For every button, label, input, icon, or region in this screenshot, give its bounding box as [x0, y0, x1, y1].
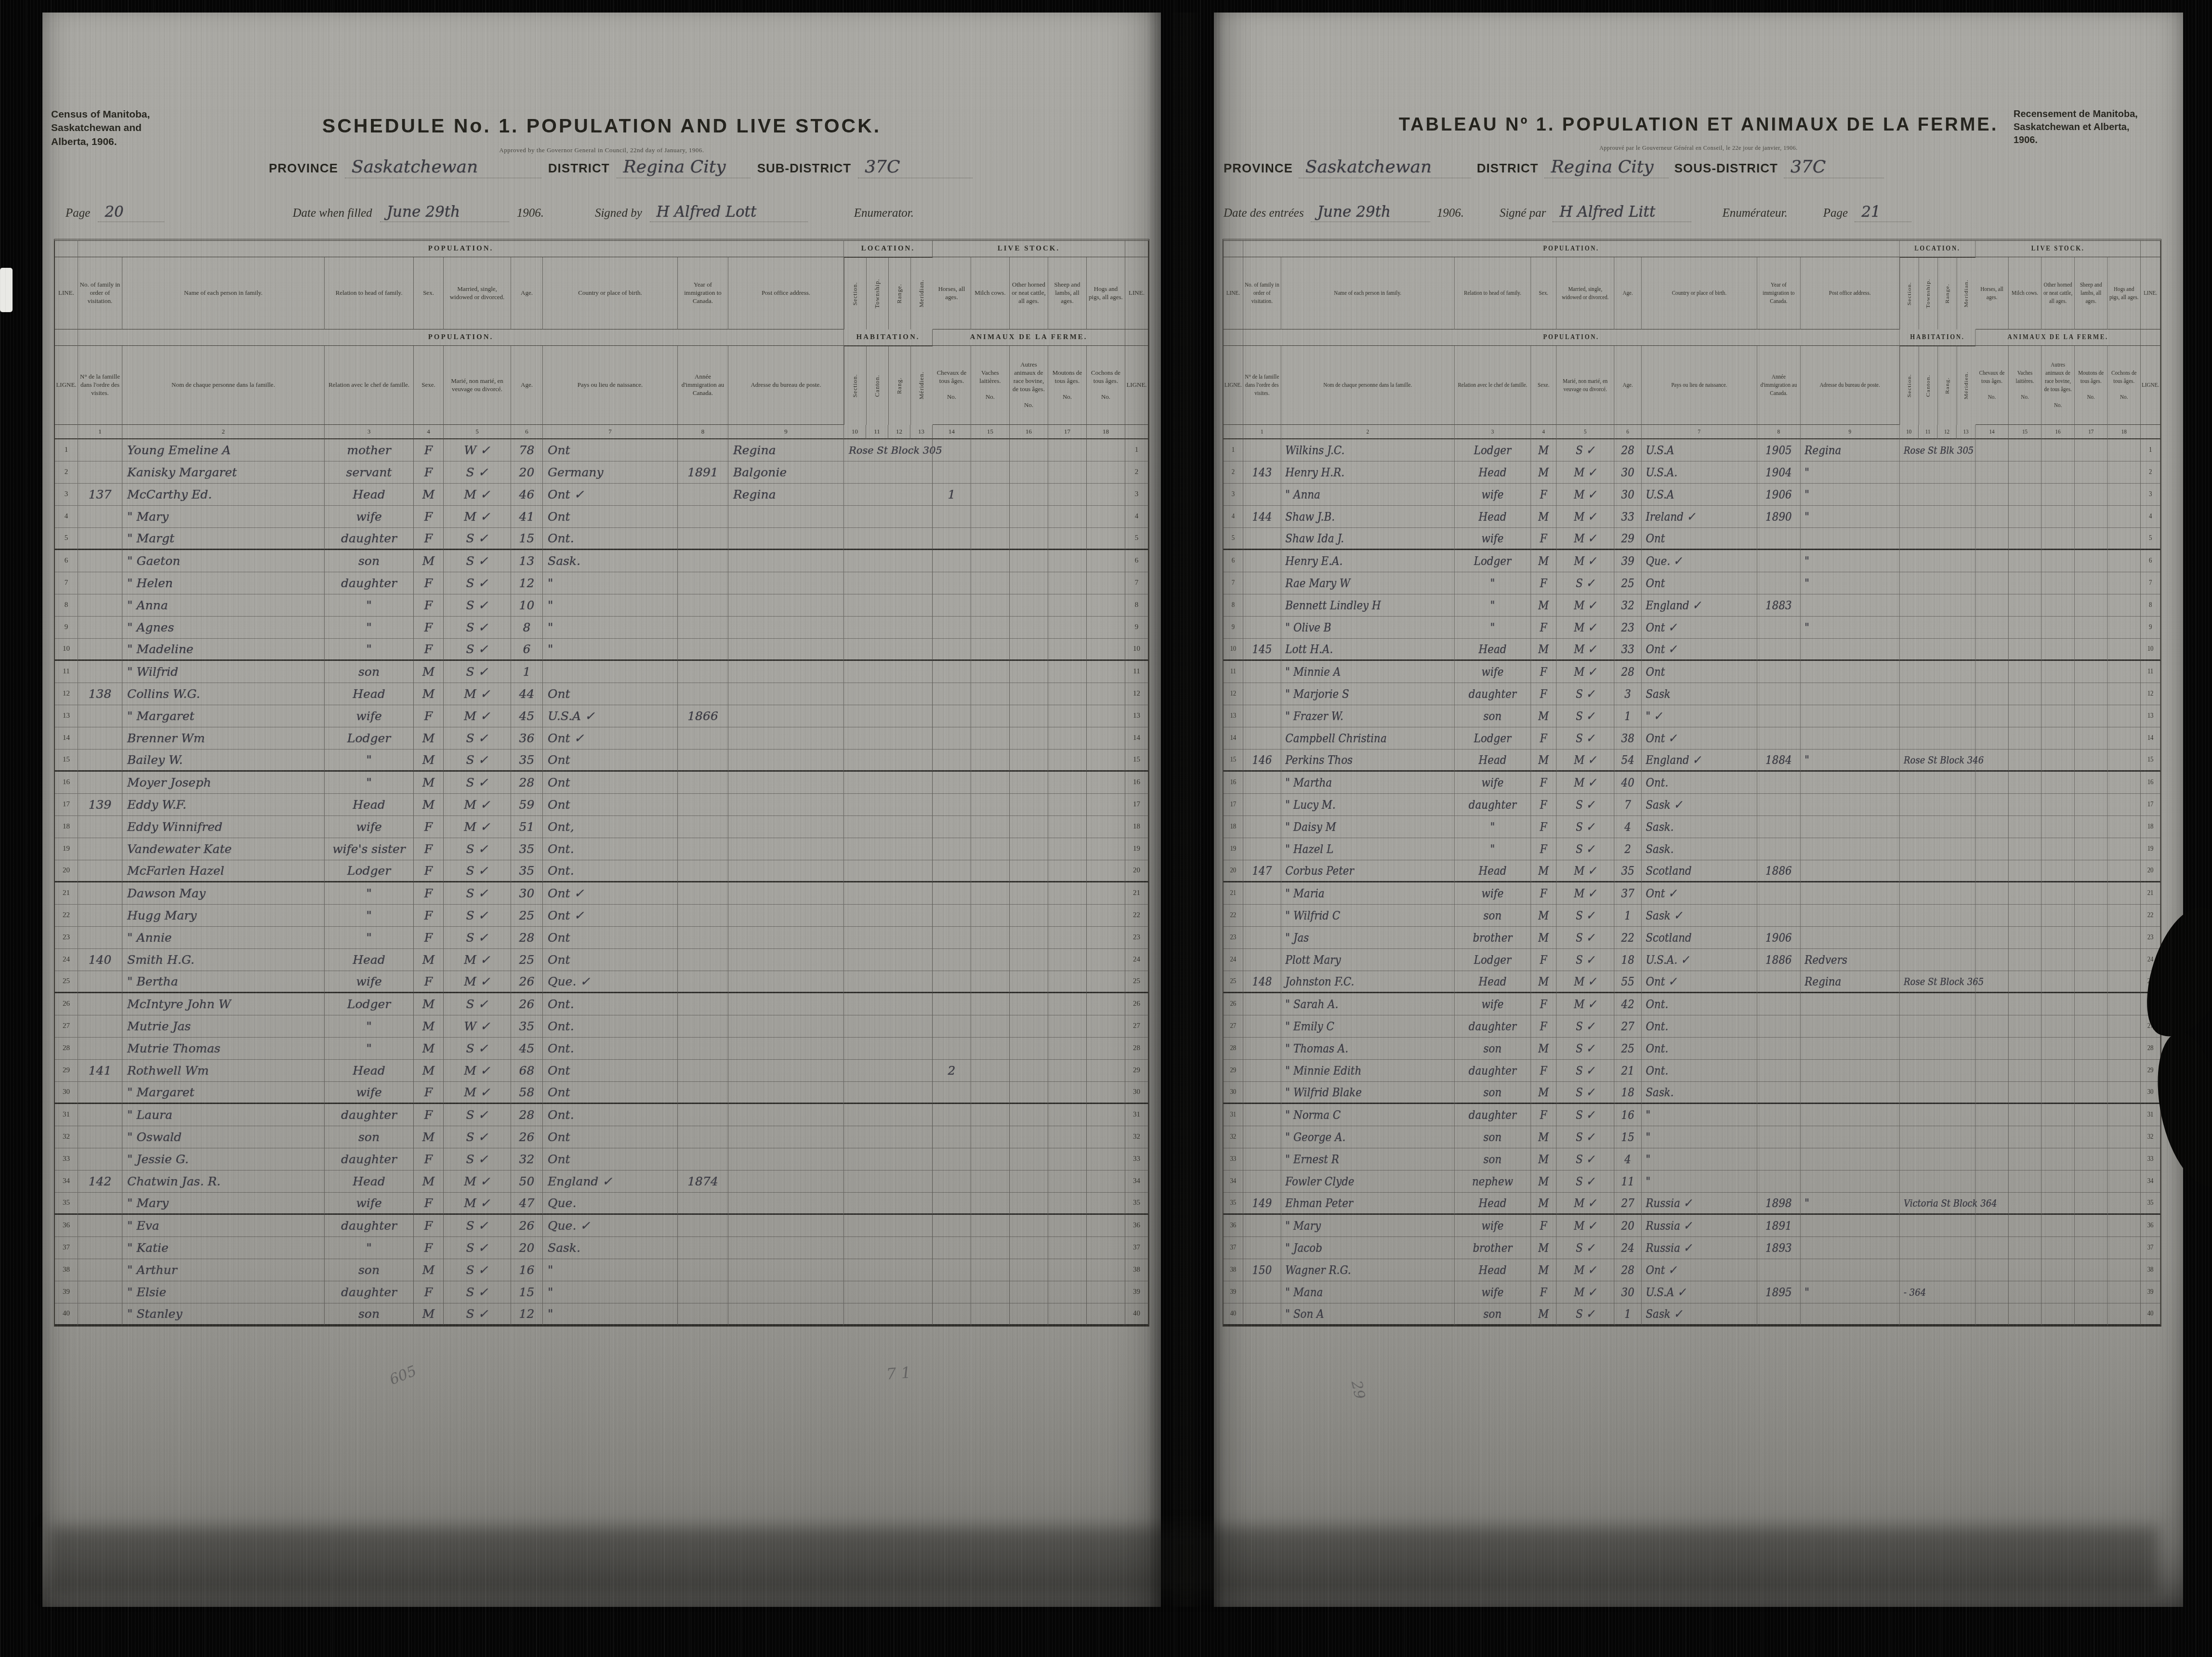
col-header-en-po: Post office address. [1801, 257, 1900, 329]
cell-family-no [78, 572, 122, 594]
cell-hogs [2107, 949, 2141, 971]
cell-birthplace: U.S.A ✓ [543, 705, 678, 727]
cell-address-note [844, 772, 933, 794]
cell-post-office [728, 1259, 844, 1281]
cell-other-cattle [2041, 594, 2075, 617]
cell-birthplace: " [543, 572, 678, 594]
line-number-right: 11 [2141, 661, 2160, 683]
cell-other-cattle [2041, 750, 2075, 772]
cell-address-note [1899, 816, 1975, 838]
cell-hogs [1087, 971, 1125, 993]
cell-post-office [728, 1082, 844, 1104]
cell-age: 28 [511, 772, 543, 794]
cell-relation: son [325, 661, 414, 683]
column-number: 15 [2009, 425, 2042, 439]
cell-sheep [2075, 816, 2108, 838]
cell-horses [1975, 617, 2009, 639]
cell-birthplace: Ont. [543, 860, 678, 882]
cell-relation: Lodger [325, 860, 414, 882]
cell-name: " Bertha [122, 971, 325, 993]
col-header-fr-line: LIGNE. [55, 346, 78, 425]
cell-birthplace: Ont [543, 683, 678, 705]
col-header-fr-rng: Rang. [1937, 346, 1956, 425]
cell-address-note [844, 860, 933, 882]
census-scan: Census of Manitoba, Saskatchewan and Alb… [0, 0, 2212, 1657]
cell-name: " George A. [1281, 1126, 1455, 1148]
date-line-right: Date des entrées June 29th 1906. Signé p… [1224, 203, 1911, 222]
cell-sheep [2075, 1015, 2108, 1038]
province-line-right: PROVINCE Saskatchewan DISTRICT Regina Ci… [1224, 157, 1884, 178]
cell-horses [1975, 727, 2009, 750]
cell-horses [1975, 927, 2009, 949]
col-header-en-po: Post office address. [728, 257, 844, 329]
cell-hogs [2107, 971, 2141, 993]
cell-hogs [2107, 617, 2141, 639]
line-number-right: 37 [2141, 1237, 2160, 1259]
cell-age: 28 [1614, 439, 1642, 461]
cell-post-office [728, 1015, 844, 1038]
cell-sex: M [1531, 860, 1556, 882]
cell-hogs [2107, 594, 2141, 617]
cell-other-cattle [2041, 905, 2075, 927]
cell-other-cattle [2041, 949, 2075, 971]
cell-immigration-year [678, 683, 728, 705]
line-number: 20 [1224, 860, 1243, 882]
cell-address-note [844, 1170, 933, 1193]
cell-post-office [728, 727, 844, 750]
cell-age: 1 [1614, 905, 1642, 927]
cell-immigration-year [678, 993, 728, 1015]
cell-marital: S ✓ [1556, 816, 1614, 838]
cell-immigration-year [1757, 1015, 1801, 1038]
col-header-en-sex: Sex. [1531, 257, 1556, 329]
cell-milch-cows [971, 1281, 1010, 1303]
cell-address-note [1899, 993, 1975, 1015]
cell-name: " Daisy M [1281, 816, 1455, 838]
cell-relation: Head [1455, 1193, 1531, 1215]
column-number: 2 [122, 425, 325, 439]
cell-age: 3 [1614, 683, 1642, 705]
cell-relation: wife [325, 816, 414, 838]
cell-milch-cows [971, 550, 1010, 572]
cell-post-office [1801, 1060, 1900, 1082]
cell-birthplace: Ont ✓ [1642, 882, 1757, 905]
line-number-right: 16 [1125, 772, 1148, 794]
line-number-right: 6 [2141, 550, 2160, 572]
cell-name: Mutrie Thomas [122, 1038, 325, 1060]
cell-sheep [2075, 1170, 2108, 1193]
cell-family-no [78, 617, 122, 639]
cell-sheep [1048, 1170, 1087, 1193]
approval-line-en: Approved by the Governor General in Coun… [42, 146, 1161, 154]
cell-relation: Head [1455, 461, 1531, 484]
cell-family-no [78, 971, 122, 993]
cell-relation: son [325, 1259, 414, 1281]
cell-sheep [1048, 1038, 1087, 1060]
cell-address-note [844, 794, 933, 816]
cell-family-no [1243, 683, 1281, 705]
cell-immigration-year: 1883 [1757, 594, 1801, 617]
cell-address-note [844, 816, 933, 838]
cell-horses [1975, 750, 2009, 772]
cell-sheep [1048, 439, 1087, 461]
line-number-right: 5 [1125, 528, 1148, 550]
cell-address-note [844, 461, 933, 484]
cell-sex: F [414, 705, 444, 727]
cell-age: 4 [1614, 816, 1642, 838]
cell-relation: " [325, 617, 414, 639]
cell-birthplace: Ont ✓ [543, 727, 678, 750]
cell-post-office [728, 550, 844, 572]
corner-blank [55, 241, 78, 257]
cell-address-note [844, 1148, 933, 1170]
col-header-fr-mer: Méridien. [1957, 346, 1975, 425]
cell-name: " Wilfrid C [1281, 905, 1455, 927]
cell-sheep [1048, 461, 1087, 484]
cell-family-no [1243, 1237, 1281, 1259]
cell-age: 30 [1614, 484, 1642, 506]
cell-milch-cows [971, 905, 1010, 927]
cell-birthplace: Russia ✓ [1642, 1215, 1757, 1237]
cell-name: " Margaret [122, 705, 325, 727]
cell-immigration-year [1757, 661, 1801, 683]
cell-name: " Wilfrid Blake [1281, 1082, 1455, 1104]
cell-post-office [728, 1060, 844, 1082]
cell-horses [1975, 905, 2009, 927]
group-population-fr: POPULATION. [1243, 329, 1900, 346]
cell-age: 35 [511, 838, 543, 860]
line-number: 20 [55, 860, 78, 882]
cell-horses [933, 639, 971, 661]
cell-age: 1 [1614, 705, 1642, 727]
cell-other-cattle [1010, 971, 1048, 993]
province-line-left: PROVINCE Saskatchewan DISTRICT Regina Ci… [269, 157, 973, 178]
column-number: 16 [2041, 425, 2075, 439]
cell-family-no [78, 1281, 122, 1303]
cell-horses [933, 860, 971, 882]
cell-milch-cows [971, 1303, 1010, 1326]
cell-hogs [1087, 550, 1125, 572]
cell-horses [933, 882, 971, 905]
cell-hogs [1087, 1060, 1125, 1082]
col-header-fr-birth: Pays ou lieu de naissance. [1642, 346, 1757, 425]
line-number: 35 [55, 1193, 78, 1215]
cell-name: Dawson May [122, 882, 325, 905]
cell-horses [1975, 1237, 2009, 1259]
cell-sheep [2075, 1215, 2108, 1237]
cell-name: Eddy Winnifred [122, 816, 325, 838]
cell-marital: S ✓ [444, 727, 511, 750]
cell-hogs [2107, 506, 2141, 528]
cell-post-office [728, 1215, 844, 1237]
cell-post-office [1801, 794, 1900, 816]
cell-immigration-year [1757, 772, 1801, 794]
cell-family-no [78, 1148, 122, 1170]
cell-other-cattle [2041, 1015, 2075, 1038]
pencil-annotation: 29 [1348, 1379, 1368, 1401]
cell-immigration-year [1757, 794, 1801, 816]
cell-family-no [78, 905, 122, 927]
cell-post-office [728, 949, 844, 971]
cell-post-office [728, 661, 844, 683]
col-header-en-line: LINE. [55, 257, 78, 329]
line-number-right: 34 [1125, 1170, 1148, 1193]
cell-horses [933, 572, 971, 594]
corner-text-fr: Recensement de Manitoba, Saskatchewan et… [2014, 108, 2177, 147]
date-line-left: Page 20 Date when filled June 29th 1906.… [66, 203, 914, 222]
line-number: 9 [55, 617, 78, 639]
column-number: 17 [1048, 425, 1087, 439]
cell-birthplace: Scotland [1642, 927, 1757, 949]
cell-post-office: Regina [728, 439, 844, 461]
colno-blank [1125, 425, 1148, 439]
colno-blank [1224, 425, 1243, 439]
cell-other-cattle [2041, 860, 2075, 882]
cell-horses [1975, 1193, 2009, 1215]
cell-family-no [78, 838, 122, 860]
col-header-en-hogs: Hogs and pigs, all ages. [1087, 257, 1125, 329]
line-number-right: 19 [2141, 838, 2160, 860]
cell-address-note [844, 882, 933, 905]
cell-family-no [1243, 572, 1281, 594]
cell-address-note [1899, 1237, 1975, 1259]
line-number: 2 [55, 461, 78, 484]
cell-other-cattle [2041, 1215, 2075, 1237]
cell-post-office: " [1801, 617, 1900, 639]
col-header-en-twp: Township. [866, 257, 888, 329]
cell-age: 50 [511, 1170, 543, 1193]
line-number: 15 [55, 750, 78, 772]
cell-age: 4 [1614, 1148, 1642, 1170]
cell-horses [1975, 772, 2009, 794]
cell-age: 15 [1614, 1126, 1642, 1148]
cell-immigration-year [678, 860, 728, 882]
line-number-right: 10 [1125, 639, 1148, 661]
cell-address-note [1899, 661, 1975, 683]
district-value-fr: Regina City [1544, 157, 1669, 178]
cell-relation: daughter [325, 528, 414, 550]
cell-relation: wife [1455, 882, 1531, 905]
cell-age: 6 [511, 639, 543, 661]
line-number: 10 [1224, 639, 1243, 661]
cell-post-office [728, 594, 844, 617]
cell-birthplace: Sask ✓ [1642, 1303, 1757, 1326]
line-number: 14 [1224, 727, 1243, 750]
cell-immigration-year [678, 949, 728, 971]
line-number-right: 4 [1125, 506, 1148, 528]
cell-address-note [1899, 1060, 1975, 1082]
cell-horses [933, 905, 971, 927]
cell-family-no [1243, 1082, 1281, 1104]
line-number: 13 [1224, 705, 1243, 727]
cell-marital: S ✓ [1556, 705, 1614, 727]
cell-other-cattle [1010, 816, 1048, 838]
cell-marital: S ✓ [444, 528, 511, 550]
page-left: Census of Manitoba, Saskatchewan and Alb… [42, 13, 1161, 1607]
cell-marital: M ✓ [1556, 594, 1614, 617]
cell-address-note [844, 1303, 933, 1326]
cell-name: " Son A [1281, 1303, 1455, 1326]
cell-address-note [844, 528, 933, 550]
cell-sex: M [414, 661, 444, 683]
line-number: 17 [55, 794, 78, 816]
cell-milch-cows [2009, 572, 2042, 594]
line-number: 16 [1224, 772, 1243, 794]
cell-milch-cows [971, 1215, 1010, 1237]
cell-address-note [1899, 461, 1975, 484]
line-number-right: 40 [2141, 1303, 2160, 1326]
cell-hogs [2107, 550, 2141, 572]
cell-age: 35 [511, 1015, 543, 1038]
cell-sex: M [1531, 594, 1556, 617]
cell-family-no [1243, 1060, 1281, 1082]
cell-post-office [728, 882, 844, 905]
cell-milch-cows [971, 484, 1010, 506]
cell-post-office [1801, 1126, 1900, 1148]
col-header-en-rel: Relation to head of family. [1455, 257, 1531, 329]
cell-birthplace: Ont ✓ [1642, 639, 1757, 661]
cell-address-note: Victoria St Block 364 [1899, 1193, 1975, 1215]
cell-relation: brother [1455, 1237, 1531, 1259]
cell-other-cattle [1010, 993, 1048, 1015]
cell-other-cattle [2041, 794, 2075, 816]
cell-age: 30 [1614, 1281, 1642, 1303]
cell-immigration-year [1757, 528, 1801, 550]
col-header-en-cows: Milch cows. [971, 257, 1010, 329]
cell-relation: son [1455, 1038, 1531, 1060]
line-number-right: 20 [2141, 860, 2160, 882]
cell-name: " Wilfrid [122, 661, 325, 683]
page-number: 20 [98, 203, 164, 222]
cell-immigration-year [1757, 550, 1801, 572]
cell-marital: M ✓ [444, 705, 511, 727]
line-number-right: 36 [1125, 1215, 1148, 1237]
cell-horses [933, 772, 971, 794]
cell-age: 10 [511, 594, 543, 617]
line-number: 40 [55, 1303, 78, 1326]
cell-address-note [1899, 572, 1975, 594]
cell-other-cattle [2041, 528, 2075, 550]
line-number-right: 22 [2141, 905, 2160, 927]
cell-other-cattle [1010, 860, 1048, 882]
col-header-fr-twp: Canton. [866, 346, 888, 425]
cell-age: 32 [1614, 594, 1642, 617]
cell-hogs [2107, 1038, 2141, 1060]
cell-immigration-year: 1906 [1757, 484, 1801, 506]
cell-address-note [844, 572, 933, 594]
cell-horses [933, 1148, 971, 1170]
cell-address-note [1899, 727, 1975, 750]
cell-hogs [1087, 506, 1125, 528]
cell-age: 25 [1614, 1038, 1642, 1060]
line-number-right: 9 [2141, 617, 2160, 639]
cell-immigration-year: 1895 [1757, 1281, 1801, 1303]
cell-marital: S ✓ [1556, 794, 1614, 816]
cell-post-office: " [1801, 1281, 1900, 1303]
cell-sex: M [1531, 639, 1556, 661]
cell-post-office: Regina [1801, 439, 1900, 461]
cell-horses [1975, 882, 2009, 905]
cell-hogs [1087, 1237, 1125, 1259]
cell-age: 12 [511, 1303, 543, 1326]
cell-birthplace: Ont. [543, 838, 678, 860]
cell-name: Perkins Thos [1281, 750, 1455, 772]
cell-milch-cows [971, 439, 1010, 461]
cell-milch-cows [2009, 927, 2042, 949]
cell-relation: daughter [325, 572, 414, 594]
cell-horses [1975, 949, 2009, 971]
cell-other-cattle [1010, 683, 1048, 705]
cell-post-office [728, 683, 844, 705]
cell-immigration-year [1757, 905, 1801, 927]
cell-name: " Mary [122, 1193, 325, 1215]
cell-milch-cows [971, 705, 1010, 727]
cell-sheep [1048, 661, 1087, 683]
cell-age: 12 [511, 572, 543, 594]
cell-milch-cows [2009, 1060, 2042, 1082]
cell-immigration-year [678, 1215, 728, 1237]
col-header-en-mer: Meridian. [910, 257, 933, 329]
cell-name: " Oswald [122, 1126, 325, 1148]
cell-other-cattle [1010, 1215, 1048, 1237]
cell-name: Shaw Ida J. [1281, 528, 1455, 550]
cell-family-no [1243, 838, 1281, 860]
line-number: 1 [55, 439, 78, 461]
cell-name: " Mary [1281, 1215, 1455, 1237]
cell-immigration-year [678, 927, 728, 949]
cell-sheep [2075, 506, 2108, 528]
cell-relation: wife [325, 506, 414, 528]
cell-address-note [844, 1193, 933, 1215]
cell-other-cattle [2041, 506, 2075, 528]
col-header-fr-age: Age. [511, 346, 543, 425]
cell-marital: M ✓ [1556, 528, 1614, 550]
col-header-fr-name: Nom de chaque personne dans la famille. [122, 346, 325, 425]
cell-marital: M ✓ [1556, 971, 1614, 993]
cell-hogs [2107, 1303, 2141, 1326]
cell-immigration-year [1757, 1259, 1801, 1281]
cell-hogs [2107, 772, 2141, 794]
cell-post-office: " [1801, 750, 1900, 772]
cell-other-cattle [1010, 838, 1048, 860]
cell-birthplace: Ont ✓ [1642, 727, 1757, 750]
cell-immigration-year [1757, 971, 1801, 993]
cell-family-no [1243, 927, 1281, 949]
col-header-en-sex: Sex. [414, 257, 444, 329]
cell-immigration-year [678, 550, 728, 572]
line-number: 2 [1224, 461, 1243, 484]
line-number: 38 [1224, 1259, 1243, 1281]
cell-other-cattle [2041, 1126, 2075, 1148]
cell-post-office: Regina [728, 484, 844, 506]
cell-other-cattle [2041, 572, 2075, 594]
cell-family-no: 148 [1243, 971, 1281, 993]
cell-immigration-year [678, 639, 728, 661]
cell-sheep [2075, 528, 2108, 550]
cell-immigration-year [1757, 1126, 1801, 1148]
cell-address-note [844, 927, 933, 949]
cell-name: " Thomas A. [1281, 1038, 1455, 1060]
cell-sex: M [414, 683, 444, 705]
cell-immigration-year [678, 506, 728, 528]
cell-other-cattle [1010, 772, 1048, 794]
line-number-right: 25 [1125, 971, 1148, 993]
col-header-en-name: Name of each person in family. [122, 257, 325, 329]
cell-family-no: 149 [1243, 1193, 1281, 1215]
cell-relation: son [1455, 1126, 1531, 1148]
cell-address-note [1899, 949, 1975, 971]
cell-family-no [78, 506, 122, 528]
